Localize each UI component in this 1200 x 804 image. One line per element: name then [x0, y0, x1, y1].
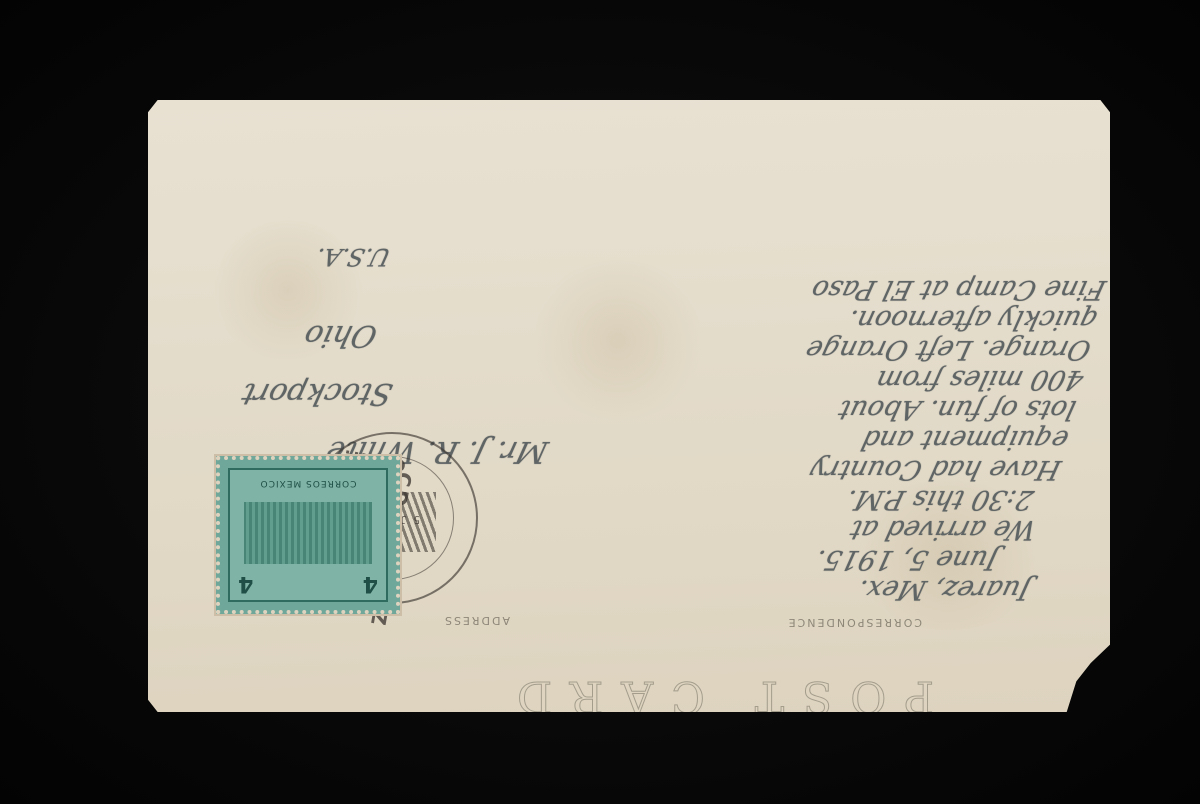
address-line: Ohio [250, 306, 584, 364]
stamp-value-left: 4 [363, 571, 378, 596]
handwritten-message: Juarez, Mex. June 5, 1915. We arrived at… [734, 274, 1109, 604]
message-line: Orange. Left Orange [794, 334, 1095, 364]
message-line: equipment and [771, 424, 1072, 454]
message-line: lots of fun. About [779, 394, 1080, 424]
stamp-country-text: CORREOS MEXICO [240, 478, 376, 488]
message-line: Have had Country [764, 454, 1065, 484]
message-line: We arrived at [749, 514, 1050, 544]
address-line: Stockport [235, 364, 569, 422]
message-line: Fine Camp at El Paso [808, 274, 1109, 304]
postcard: POST CARD CORRESPONDENCE ADDRESS Juarez,… [148, 100, 1110, 712]
postage-stamp: 4 4 CORREOS MEXICO [216, 456, 400, 614]
message-line: 2:30 this P.M. [756, 484, 1057, 514]
address-country: U.S.A. [312, 242, 393, 272]
post-card-title: POST CARD [499, 671, 934, 722]
correspondence-label: CORRESPONDENCE [787, 616, 922, 629]
message-line: quickly afternoon. [801, 304, 1102, 334]
address-label: ADDRESS [443, 614, 510, 627]
message-line: June 5, 1915. [741, 544, 1042, 574]
stamp-value-right: 4 [238, 571, 253, 596]
message-line: Juarez, Mex. [734, 574, 1035, 604]
postcard-content-upside-down: POST CARD CORRESPONDENCE ADDRESS Juarez,… [148, 100, 1110, 712]
stamp-landscape-image [244, 502, 372, 564]
message-line: 400 miles from [786, 364, 1087, 394]
stamp-frame: 4 4 CORREOS MEXICO [228, 468, 388, 602]
